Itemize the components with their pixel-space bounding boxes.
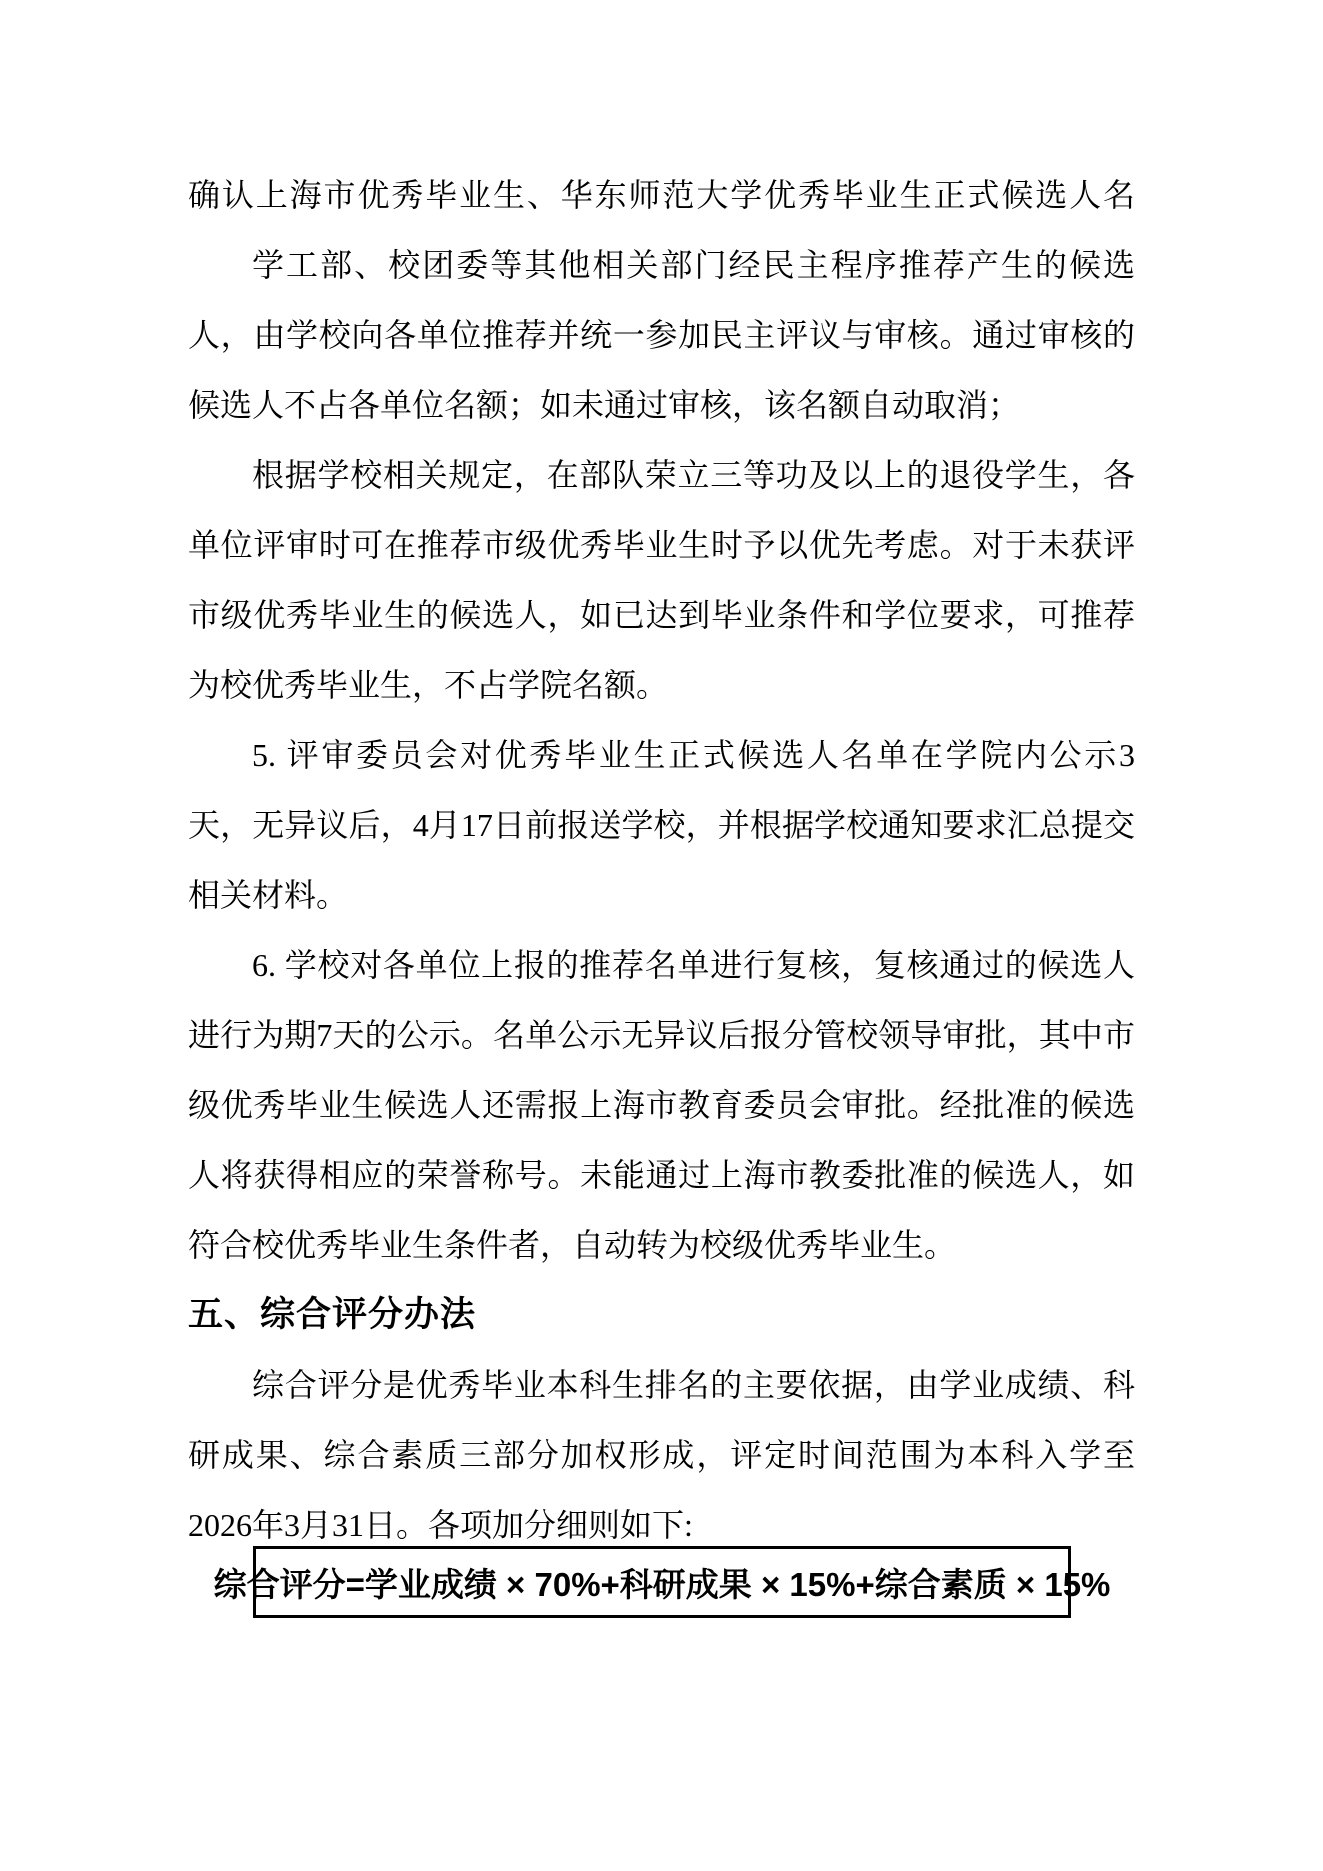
text-line: 符合校优秀毕业生条件者，自动转为校级优秀毕业生。 — [188, 1210, 1135, 1280]
section-heading: 五、综合评分办法 — [188, 1280, 1135, 1350]
formula-box: 综合评分=学业成绩 × 70%+科研成果 × 15%+综合素质 × 15% — [253, 1546, 1071, 1618]
text-line: 学工部、校团委等其他相关部门经民主程序推荐产生的候选 — [188, 230, 1135, 300]
document-body: 确认上海市优秀毕业生、华东师范大学优秀毕业生正式候选人名单； 学工部、校团委等其… — [188, 160, 1135, 1560]
document-page: 确认上海市优秀毕业生、华东师范大学优秀毕业生正式候选人名单； 学工部、校团委等其… — [0, 0, 1323, 1871]
text-line: 研成果、综合素质三部分加权形成，评定时间范围为本科入学至 — [188, 1420, 1135, 1490]
text-line: 人，由学校向各单位推荐并统一参加民主评议与审核。通过审核的 — [188, 300, 1135, 370]
text-line: 人将获得相应的荣誉称号。未能通过上海市教委批准的候选人，如 — [188, 1140, 1135, 1210]
text-line: 候选人不占各单位名额；如未通过审核，该名额自动取消； — [188, 370, 1135, 440]
text-line: 为校优秀毕业生，不占学院名额。 — [188, 650, 1135, 720]
text-line: 天，无异议后，4月17日前报送学校，并根据学校通知要求汇总提交 — [188, 790, 1135, 860]
text-line: 确认上海市优秀毕业生、华东师范大学优秀毕业生正式候选人名单； — [188, 160, 1135, 230]
text-line: 进行为期7天的公示。名单公示无异议后报分管校领导审批，其中市 — [188, 1000, 1135, 1070]
text-line: 市级优秀毕业生的候选人，如已达到毕业条件和学位要求，可推荐 — [188, 580, 1135, 650]
numbered-item-line: 6. 学校对各单位上报的推荐名单进行复核，复核通过的候选人 — [188, 930, 1135, 1000]
text-line: 综合评分是优秀毕业本科生排名的主要依据，由学业成绩、科 — [188, 1350, 1135, 1420]
text-line: 根据学校相关规定，在部队荣立三等功及以上的退役学生，各 — [188, 440, 1135, 510]
text-line: 相关材料。 — [188, 860, 1135, 930]
numbered-item-line: 5. 评审委员会对优秀毕业生正式候选人名单在学院内公示3 — [188, 720, 1135, 790]
formula-text: 综合评分=学业成绩 × 70%+科研成果 × 15%+综合素质 × 15% — [214, 1559, 1111, 1606]
text-line: 单位评审时可在推荐市级优秀毕业生时予以优先考虑。对于未获评 — [188, 510, 1135, 580]
text-line: 级优秀毕业生候选人还需报上海市教育委员会审批。经批准的候选 — [188, 1070, 1135, 1140]
